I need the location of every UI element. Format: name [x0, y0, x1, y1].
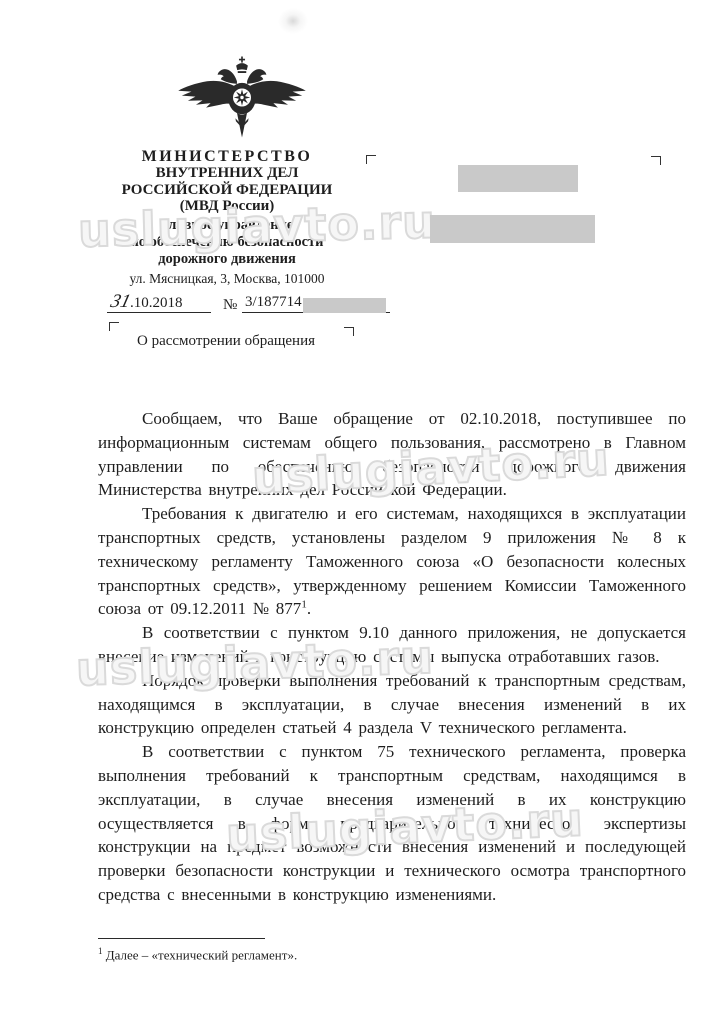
number-label: №	[223, 297, 237, 314]
date-day-handwritten: 31	[109, 294, 132, 310]
org-name-line: (МВД России)	[83, 198, 371, 215]
footnote-marker: 1	[98, 946, 103, 956]
paragraph: Требования к двигателю и его системам, н…	[98, 502, 686, 621]
unit-name-line: по обеспечению безопасности	[83, 234, 371, 251]
paragraph: В соответствии с пунктом 9.10 данного пр…	[98, 621, 686, 669]
date-field: 31.10.2018	[107, 294, 211, 313]
org-name-line: ВНУТРЕННИХ ДЕЛ	[83, 165, 371, 182]
org-name-line: МИНИСТЕРСТВО	[83, 148, 371, 165]
footnote: 1 Далее – «технический регламент».	[98, 946, 518, 963]
paragraph: Порядок проверки выполнения требований к…	[98, 669, 686, 740]
corner-mark-recipient-right	[651, 156, 661, 165]
footnote-divider	[98, 938, 265, 939]
paragraph: Сообщаем, что Ваше обращение от 02.10.20…	[98, 407, 686, 502]
letter-body: Сообщаем, что Ваше обращение от 02.10.20…	[98, 407, 686, 907]
letterhead-unit-name: Главное управление по обеспечению безопа…	[83, 217, 371, 268]
redaction-box-recipient-1	[458, 165, 578, 192]
letterhead-org-name: МИНИСТЕРСТВО ВНУТРЕННИХ ДЕЛ РОССИЙСКОЙ Ф…	[83, 148, 371, 215]
mvd-double-headed-eagle-icon	[176, 56, 308, 140]
redaction-box-number	[303, 298, 386, 313]
number-value: 3/187714	[245, 294, 302, 310]
unit-name-line: Главное управление	[83, 217, 371, 234]
footnote-text: Далее – «технический регламент».	[106, 947, 297, 962]
org-name-line: РОССИЙСКОЙ ФЕДЕРАЦИИ	[83, 182, 371, 199]
subject-line: О рассмотрении обращения	[98, 333, 354, 350]
redaction-box-recipient-2	[430, 215, 595, 243]
scan-artifact	[278, 8, 308, 34]
letterhead-address: ул. Мясницкая, 3, Москва, 101000	[83, 271, 371, 287]
unit-name-line: дорожного движения	[83, 251, 371, 268]
paragraph: В соответствии с пунктом 75 технического…	[98, 740, 686, 907]
document-page: uslugiavto.ru uslugiavto.ru uslugiavto.r…	[0, 0, 713, 1024]
corner-mark-subject-left	[109, 322, 119, 331]
corner-mark-recipient-left	[366, 155, 376, 164]
date-rest: .10.2018	[130, 295, 183, 311]
